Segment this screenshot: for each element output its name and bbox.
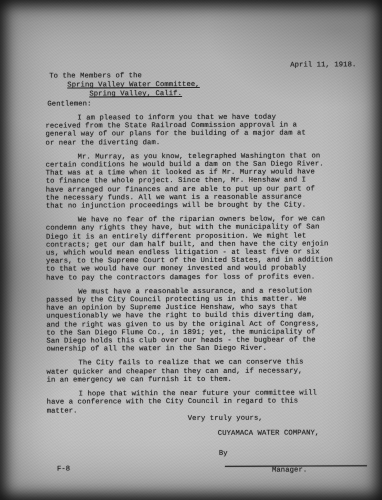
paragraph-3: We have no fear of the riparian owners b… [46, 216, 348, 283]
paragraph-2: Mr. Murray, as you know, telegraphed Was… [46, 152, 348, 211]
letter-photo: April 11, 1918. To the Members of the Sp… [0, 0, 382, 500]
paragraph-1: I am pleased to inform you that we have … [45, 113, 347, 147]
paragraph-5: The City fails to realize that we can co… [46, 359, 348, 385]
letter-body: I am pleased to inform you that we have … [45, 113, 348, 421]
paragraph-4: We must have a reasonable assurance, and… [46, 287, 348, 354]
letter-date: April 11, 1918. [290, 61, 356, 69]
closing-phrase: Very truly yours, [188, 415, 263, 424]
reference-number: F-8 [57, 466, 70, 474]
salutation: Gentlemen: [47, 100, 91, 108]
recipient-line-2: Spring Valley Water Committee, [67, 81, 199, 90]
paragraph-6: I hope that within the near future your … [47, 389, 349, 415]
signature-title: Manager. [272, 466, 307, 474]
recipient-line-3: Spring Valley, Calif. [89, 90, 182, 99]
recipient-line-1: To the Members of the [49, 72, 142, 81]
by-label: By [219, 450, 228, 458]
letter-content: April 11, 1918. To the Members of the Sp… [0, 0, 382, 500]
company-name: CUYAMACA WATER COMPANY, [218, 429, 320, 438]
